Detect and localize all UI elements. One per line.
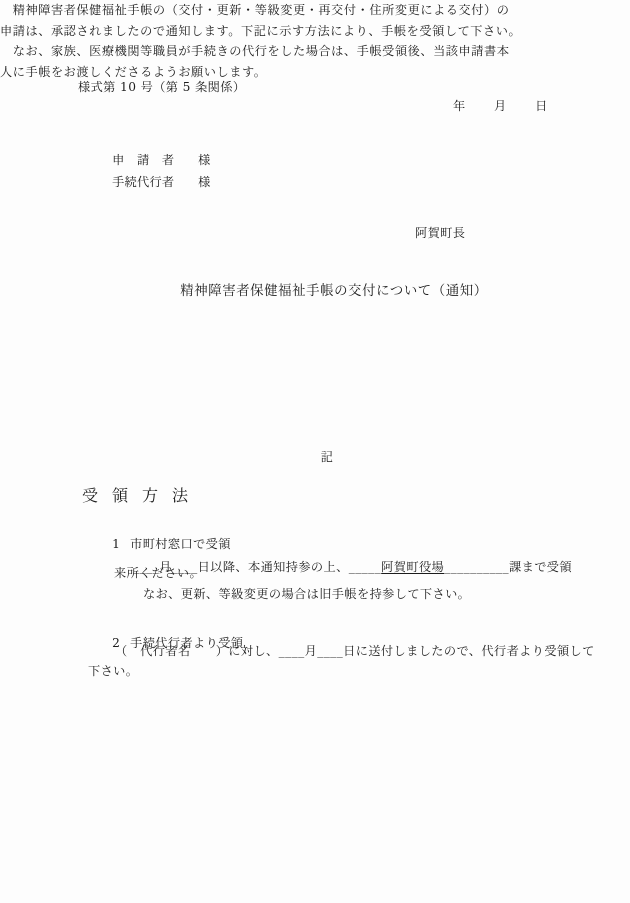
body-line-1: 精神障害者保健福祉手帳の（交付・更新・等級変更・再交付・住所変更による交付）の [0, 0, 630, 21]
body-line-3: なお、家族、医療機関等職員が手続きの代行をした場合は、手帳受領後、当該申請書本 [0, 41, 630, 62]
form-number: 様式第 10 号（第 5 条関係） [78, 80, 245, 95]
body-paragraph: 精神障害者保健福祉手帳の（交付・更新・等級変更・再交付・住所変更による交付）の … [0, 0, 630, 82]
item-1-line-3: なお、更新、等級変更の場合は旧手帳を持参して下さい。 [143, 587, 470, 602]
date-line: 年 月 日 [453, 99, 549, 114]
ki-marker: 記 [0, 450, 630, 465]
document-page: 様式第 10 号（第 5 条関係） 年 月 日 申請者様 手続代行者様 阿賀町長… [0, 0, 630, 903]
item-1-line-1-post: __________課まで受領 [444, 560, 572, 574]
addressee-agent-suffix: 様 [198, 175, 211, 189]
document-title: 精神障害者保健福祉手帳の交付について（通知） [0, 284, 630, 301]
item-2-line-1: （ 代行者名 ）に対し、____月____日に送付しましたので、代行者より受領し… [115, 644, 595, 659]
item-1-line-2: 来所ください。 [114, 566, 202, 581]
addressee-agent-name: 手続代行者 [112, 175, 174, 190]
body-line-2: 申請は、承認されましたので通知します。下記に示す方法により、手帳を受領して下さい… [0, 21, 630, 42]
item-2-line-2: 下さい。 [88, 664, 138, 679]
section-heading-receipt-method: 受領方法 [82, 486, 202, 506]
addressee-agent: 手続代行者様 [95, 160, 211, 206]
sender-name: 阿賀町長 [415, 226, 465, 241]
item-1-office-name: 阿賀町役場 [381, 560, 444, 574]
